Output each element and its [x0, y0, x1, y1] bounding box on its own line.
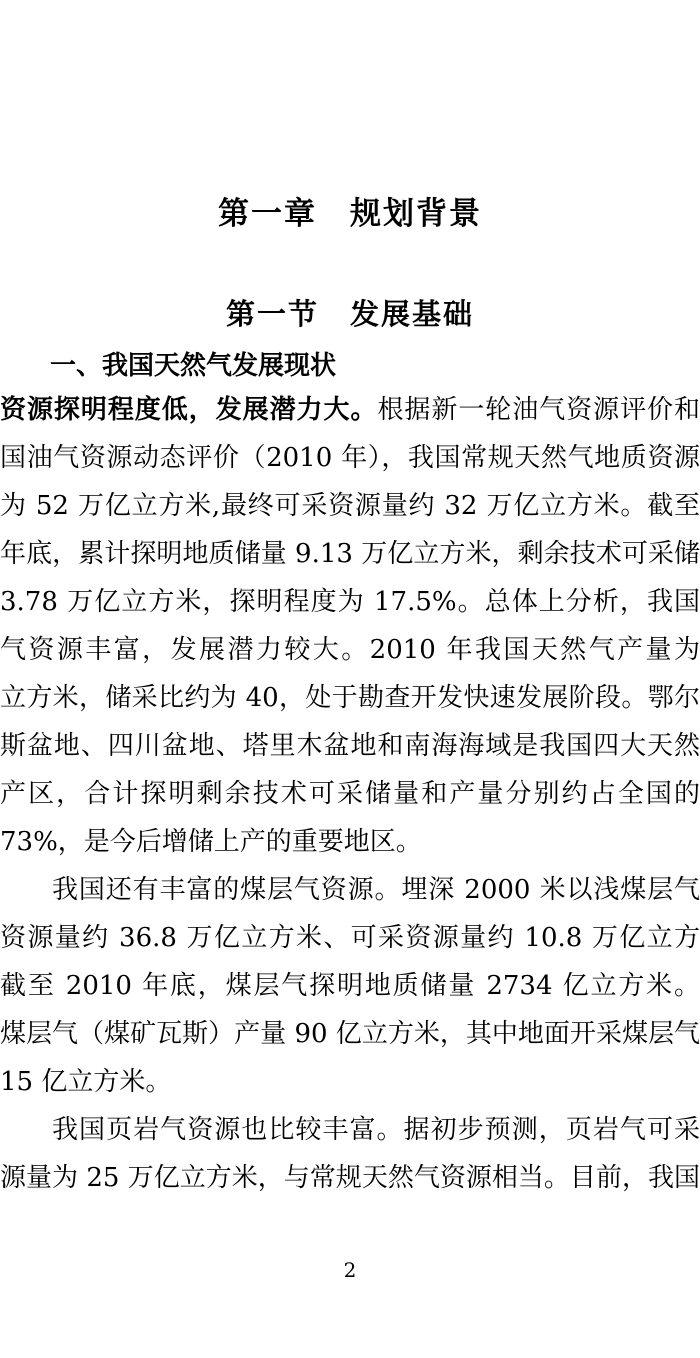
text-line: 我国还有丰富的煤层气资源。埋深 2000 米以浅煤层气地质: [0, 866, 700, 914]
text-run: 国油气资源动态评价（2010 年），我国常规天然气地质资源量: [0, 443, 700, 482]
text-line: 年底，累计探明地质储量 9.13 万亿立方米，剩余技术可采储量: [0, 530, 700, 578]
text-run: 我国还有丰富的煤层气资源。埋深 2000 米以浅煤层气地质: [52, 875, 700, 914]
text-run: 斯盆地、四川盆地、塔里木盆地和南海海域是我国四大天然气: [0, 731, 700, 770]
text-run: 我国页岩气资源也比较丰富。据初步预测，页岩气可采资: [52, 1115, 700, 1154]
para-coalbed-methane: 我国还有丰富的煤层气资源。埋深 2000 米以浅煤层气地质资源量约 36.8 万…: [0, 866, 700, 1106]
subheading: 一、我国天然气发展现状: [0, 330, 700, 381]
text-line: 源量为 25 万亿立方米，与常规天然气资源相当。目前，我国在: [0, 1154, 700, 1202]
text-line: 73%，是今后增储上产的重要地区。: [0, 818, 700, 866]
text-run: 源量为 25 万亿立方米，与常规天然气资源相当。目前，我国在: [0, 1163, 700, 1202]
document-page: 第一章 规划背景 第一节 发展基础 一、我国天然气发展现状 资源探明程度低，发展…: [0, 0, 700, 1358]
text-line: 为 52 万亿立方米,最终可采资源量约 32 万亿立方米。截至 2010: [0, 482, 700, 530]
page-number: 2: [0, 1258, 700, 1282]
text-line: 立方米，储采比约为 40，处于勘查开发快速发展阶段。鄂尔多: [0, 674, 700, 722]
text-line: 煤层气（煤矿瓦斯）产量 90 亿立方米，其中地面开采煤层气: [0, 1010, 700, 1058]
text-run: 73%，是今后增储上产的重要地区。: [0, 827, 422, 857]
text-run: 15 亿立方米。: [0, 1067, 171, 1097]
section-title: 第一节 发展基础: [0, 231, 700, 330]
text-run: 立方米，储采比约为 40，处于勘查开发快速发展阶段。鄂尔多: [0, 683, 700, 722]
text-line: 资源探明程度低，发展潜力大。根据新一轮油气资源评价和全: [0, 386, 700, 434]
text-run: 年底，累计探明地质储量 9.13 万亿立方米，剩余技术可采储量: [0, 539, 700, 578]
text-run: 煤层气（煤矿瓦斯）产量 90 亿立方米，其中地面开采煤层气: [0, 1019, 700, 1049]
text-line: 国油气资源动态评价（2010 年），我国常规天然气地质资源量: [0, 434, 700, 482]
text-line: 15 亿立方米。: [0, 1058, 700, 1106]
text-run: 资源量约 36.8 万亿立方米、可采资源量约 10.8 万亿立方米。: [0, 923, 700, 962]
text-run: 气资源丰富，发展潜力较大。2010 年我国天然气产量为 948 亿: [0, 635, 700, 674]
text-run: 产区，合计探明剩余技术可采储量和产量分别约占全国的 78%、: [0, 779, 700, 818]
chapter-title: 第一章 规划背景: [0, 0, 700, 231]
text-line: 斯盆地、四川盆地、塔里木盆地和南海海域是我国四大天然气: [0, 722, 700, 770]
text-run: 为 52 万亿立方米,最终可采资源量约 32 万亿立方米。截至 2010: [0, 491, 700, 530]
text-line: 我国页岩气资源也比较丰富。据初步预测，页岩气可采资: [0, 1106, 700, 1154]
bold-text-run: 资源探明程度低，发展潜力大。: [0, 395, 377, 425]
text-line: 资源量约 36.8 万亿立方米、可采资源量约 10.8 万亿立方米。: [0, 914, 700, 962]
body-text: 资源探明程度低，发展潜力大。根据新一轮油气资源评价和全国油气资源动态评价（201…: [0, 386, 700, 1202]
text-line: 3.78 万亿立方米，探明程度为 17.5%。总体上分析，我国天然: [0, 578, 700, 626]
text-line: 气资源丰富，发展潜力较大。2010 年我国天然气产量为 948 亿: [0, 626, 700, 674]
text-line: 产区，合计探明剩余技术可采储量和产量分别约占全国的 78%、: [0, 770, 700, 818]
para-natural-gas-status: 资源探明程度低，发展潜力大。根据新一轮油气资源评价和全国油气资源动态评价（201…: [0, 386, 700, 866]
text-line: 截至 2010 年底，煤层气探明地质储量 2734 亿立方米。2010 年: [0, 962, 700, 1010]
text-run: 3.78 万亿立方米，探明程度为 17.5%。总体上分析，我国天然: [0, 587, 700, 626]
text-run: 截至 2010 年底，煤层气探明地质储量 2734 亿立方米。2010 年: [0, 971, 700, 1010]
para-shale-gas: 我国页岩气资源也比较丰富。据初步预测，页岩气可采资源量为 25 万亿立方米，与常…: [0, 1106, 700, 1202]
